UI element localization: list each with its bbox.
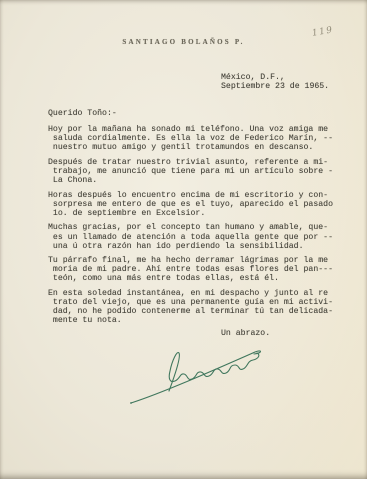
handwritten-signature: Santiago bbox=[117, 341, 273, 407]
scanned-letter-page: 119 SANTIAGO BOLAÑOS P. México, D.F., Se… bbox=[0, 0, 367, 479]
closing-phrase: Un abrazo. bbox=[221, 329, 270, 338]
paragraph-5: Tu párrafo final, me ha hecho derramar l… bbox=[48, 256, 350, 283]
handwritten-page-number: 119 bbox=[311, 25, 334, 39]
letterhead-name: SANTIAGO BOLAÑOS P. bbox=[0, 38, 367, 46]
paragraph-1: Hoy por la mañana ha sonado mi teléfono.… bbox=[48, 125, 350, 152]
salutation: Querido Toño:- bbox=[48, 109, 350, 118]
paragraph-3: Horas después lo encuentro encima de mi … bbox=[48, 191, 350, 218]
date-block: México, D.F., Septiembre 23 de 1965. bbox=[221, 73, 329, 92]
signature-ink-icon bbox=[117, 341, 273, 407]
paragraph-6: En esta soledad instantánea, en mi despa… bbox=[48, 289, 350, 325]
paragraph-2: Después de tratar nuestro trivial asunto… bbox=[48, 158, 350, 185]
letter-body: Querido Toño:- Hoy por la mañana ha sona… bbox=[48, 109, 350, 331]
paragraph-4: Muchas gracias, por el concepto tan huma… bbox=[48, 223, 350, 250]
